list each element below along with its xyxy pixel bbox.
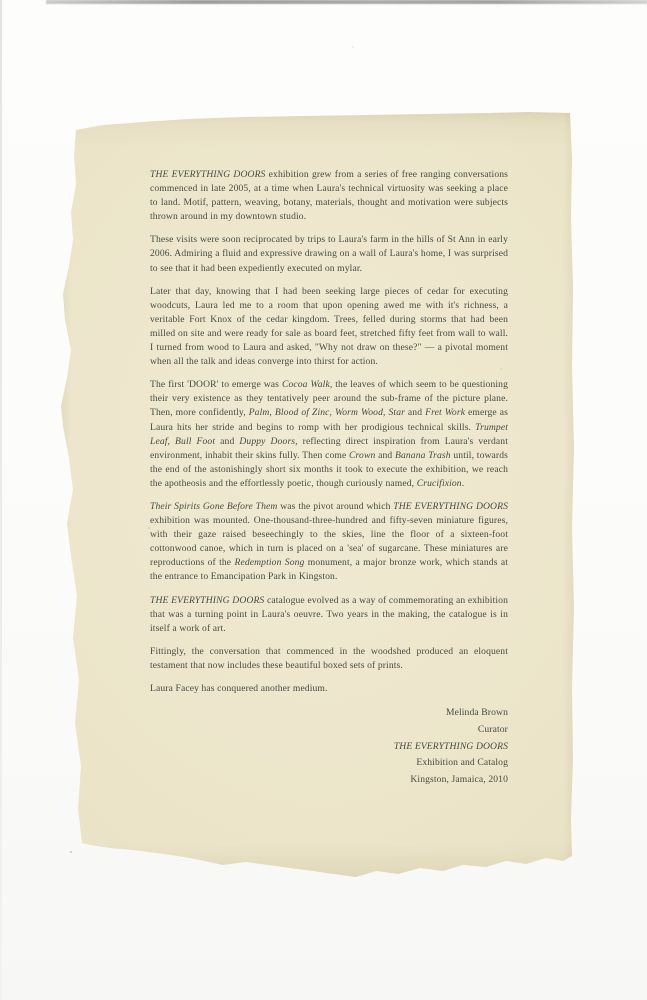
scan-speck xyxy=(70,851,72,853)
paragraph: Fittingly, the conversation that commenc… xyxy=(150,645,508,673)
paragraph: The first 'DOOR' to emerge was Cocoa Wal… xyxy=(150,378,508,491)
signature-block: Melinda BrownCuratorTHE EVERYTHING DOORS… xyxy=(150,705,508,789)
document-body: THE EVERYTHING DOORS exhibition grew fro… xyxy=(150,168,508,789)
scanner-edge-artifact xyxy=(46,0,647,4)
paragraph: THE EVERYTHING DOORS exhibition grew fro… xyxy=(150,168,508,224)
paragraph: These visits were soon reciprocated by t… xyxy=(150,233,508,275)
signature-line: Kingston, Jamaica, 2010 xyxy=(150,772,508,789)
paragraph: Later that day, knowing that I had been … xyxy=(150,285,508,370)
scan-speck xyxy=(500,368,502,370)
scan-background: THE EVERYTHING DOORS exhibition grew fro… xyxy=(0,0,647,1000)
scan-speck xyxy=(148,527,150,529)
paragraph: Laura Facey has conquered another medium… xyxy=(150,682,508,696)
signature-line: Exhibition and Catalog xyxy=(150,755,508,772)
paragraph: THE EVERYTHING DOORS catalogue evolved a… xyxy=(150,594,508,636)
scan-speck xyxy=(352,46,354,48)
paragraph: Their Spirits Gone Before Them was the p… xyxy=(150,500,508,585)
signature-line: THE EVERYTHING DOORS xyxy=(150,739,508,756)
signature-line: Curator xyxy=(150,722,508,739)
scanner-left-edge-artifact xyxy=(0,0,2,1000)
signature-line: Melinda Brown xyxy=(150,705,508,722)
paper-sheet: THE EVERYTHING DOORS exhibition grew fro… xyxy=(58,108,576,890)
